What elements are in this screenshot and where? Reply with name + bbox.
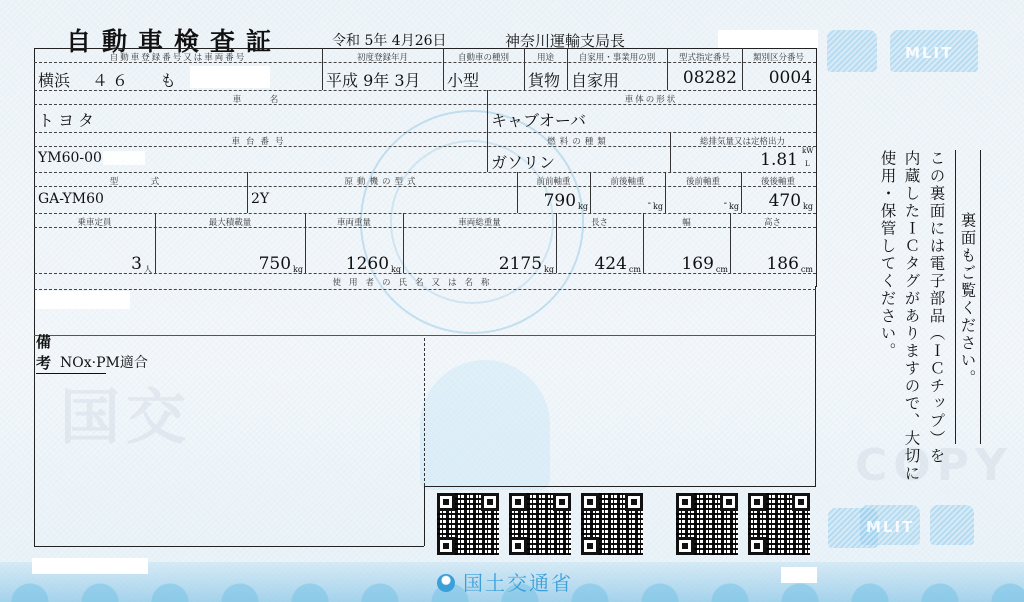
category-class-number: 0004 [742, 68, 812, 88]
grid-line [34, 90, 816, 91]
label-user-name: 使用者の氏名又は名称 [300, 276, 530, 288]
height-value: 186 [766, 254, 798, 274]
label-displacement: 総排気量又は定格出力 [670, 135, 815, 147]
grid-line [34, 132, 816, 133]
redacted-area [718, 30, 818, 48]
chassis-number: YM60-00 [38, 150, 102, 166]
rear-front-axle: -kg [665, 191, 739, 211]
label-seating-capacity: 乗車定員 [34, 216, 155, 228]
unit-kg: kg [391, 265, 401, 274]
label-length: 長さ [556, 216, 643, 228]
seating-capacity: 3人 [34, 254, 152, 275]
guilloche-vase [420, 360, 550, 490]
unit-kg: kg [544, 265, 554, 274]
label-usage: 用途 [524, 51, 567, 63]
body-shape: キャブオーバ [491, 108, 586, 131]
rear-rear-axle: 470kg [741, 191, 813, 211]
qr-code-1 [437, 493, 499, 555]
mlit-watermark-text: MLIT [866, 518, 914, 536]
first-registration: 平成 9年 3月 [326, 68, 421, 91]
redacted-chassis-number [103, 151, 145, 165]
qr-code-3 [581, 493, 643, 555]
notice-line-2: 内蔵したＩＣタグがありますので、大切に [903, 150, 919, 483]
seating-capacity-value: 3 [131, 254, 142, 274]
height: 186cm [730, 254, 813, 274]
label-model: 型 式 [34, 175, 247, 187]
front-front-axle: 790kg [517, 191, 588, 211]
right-border [815, 286, 816, 486]
label-vehicle-name: 車 名 [34, 93, 487, 105]
left-border [34, 286, 35, 546]
front-rear-axle: -kg [590, 191, 663, 211]
width: 169cm [643, 254, 728, 274]
registration-region: 横浜 [38, 68, 70, 91]
grid-line [424, 338, 425, 486]
front-front-axle-value: 790 [544, 191, 576, 211]
label-height: 高さ [730, 216, 815, 228]
label-registration-number: 自動車登録番号又は車両番号 [34, 51, 322, 63]
vehicle-name: トヨタ [38, 108, 98, 131]
grid-line [424, 486, 816, 487]
unit-cm: cm [629, 265, 641, 274]
redacted-serial-left [32, 558, 148, 574]
label-vehicle-category: 自動車の種別 [443, 51, 524, 63]
car-watermark-icon [930, 505, 974, 545]
ministry-watermark: 国交 [60, 370, 192, 456]
label-width: 幅 [643, 216, 730, 228]
qr-code-5 [748, 493, 810, 555]
engine-model: 2Y [251, 191, 269, 207]
gross-weight-value: 2175 [499, 254, 542, 274]
label-first-registration: 初度登録年月 [322, 51, 443, 63]
unit-kg: kg [803, 202, 813, 211]
redacted-serial-right [781, 567, 817, 583]
notice-line-3: 使用・保管してください。 [879, 150, 895, 360]
notice-heading: 裏面もご覧ください。 [959, 212, 975, 387]
label-private-business: 自家用・事業用の別 [567, 51, 667, 63]
label-model-designation-number: 型式指定番号 [667, 51, 742, 63]
label-fuel-type: 燃料の種類 [487, 135, 670, 147]
label-chassis-number: 車台番号 [34, 135, 487, 147]
label-rear-rear-axle: 後後軸重 [741, 175, 815, 187]
label-rear-front-axle: 後前軸重 [665, 175, 741, 187]
label-front-front-axle: 前前軸重 [517, 175, 590, 187]
displacement-unit-kw: kW [802, 147, 813, 155]
label-engine-model: 原動機の型式 [247, 175, 517, 187]
length: 424cm [556, 254, 641, 274]
unit-kg: kg [653, 202, 663, 211]
vehicle-category: 小型 [447, 68, 479, 91]
model: GA-YM60 [38, 191, 104, 207]
fuel-type: ガソリン [491, 150, 555, 173]
issue-date: 令和 5年 4月26日 [332, 30, 447, 50]
redacted-user-name [36, 291, 130, 309]
ministry-logo: 国土交通省 [437, 567, 573, 596]
grid-line [34, 289, 816, 290]
usage: 貨物 [528, 68, 560, 91]
unit-kg: kg [729, 202, 739, 211]
qr-code-4 [676, 493, 738, 555]
width-value: 169 [681, 254, 713, 274]
max-load-value: 750 [259, 254, 291, 274]
rear-front-axle-value: - [724, 198, 727, 209]
displacement: 1.81 [690, 150, 798, 170]
remarks-text: NOx·PM適合 [60, 352, 148, 372]
grid-line [34, 335, 816, 336]
displacement-unit-l: L [805, 160, 810, 168]
front-rear-axle-value: - [648, 198, 651, 209]
car-watermark-icon [827, 30, 877, 72]
grid-line [34, 172, 816, 173]
unit-cm: cm [716, 265, 728, 274]
mlit-watermark-text: MLIT [905, 44, 953, 62]
label-category-class-number: 類別区分番号 [742, 51, 815, 63]
rear-rear-axle-value: 470 [769, 191, 801, 211]
qr-code-2 [509, 493, 571, 555]
remarks-box-right [424, 486, 425, 546]
label-front-rear-axle: 前後軸重 [590, 175, 665, 187]
private-business: 自家用 [571, 68, 619, 91]
vehicle-weight: 1260kg [305, 254, 401, 274]
max-load: 750kg [155, 254, 303, 274]
model-designation-number: 08282 [667, 68, 737, 88]
unit-cm: cm [801, 265, 813, 274]
remarks-box-bottom [34, 546, 424, 547]
gross-weight: 2175kg [403, 254, 554, 274]
unit-person: 人 [144, 265, 152, 274]
notice-line-1: この裏面には電子部品（ＩＣチップ）を [928, 150, 944, 465]
label-vehicle-weight: 車両重量 [305, 216, 403, 228]
registration-kana: も [160, 68, 176, 91]
vehicle-weight-value: 1260 [346, 254, 389, 274]
ministry-name: 国土交通省 [463, 571, 573, 595]
grid-line [34, 213, 816, 214]
mlit-emblem-icon [437, 574, 455, 592]
redacted-plate-number [190, 66, 270, 88]
label-max-load: 最大積載量 [155, 216, 305, 228]
label-body-shape: 車体の形状 [487, 93, 815, 105]
unit-kg: kg [293, 265, 303, 274]
length-value: 424 [594, 254, 626, 274]
unit-kg: kg [578, 202, 588, 211]
registration-class: ４６ [92, 68, 132, 91]
label-gross-weight: 車両総重量 [403, 216, 556, 228]
